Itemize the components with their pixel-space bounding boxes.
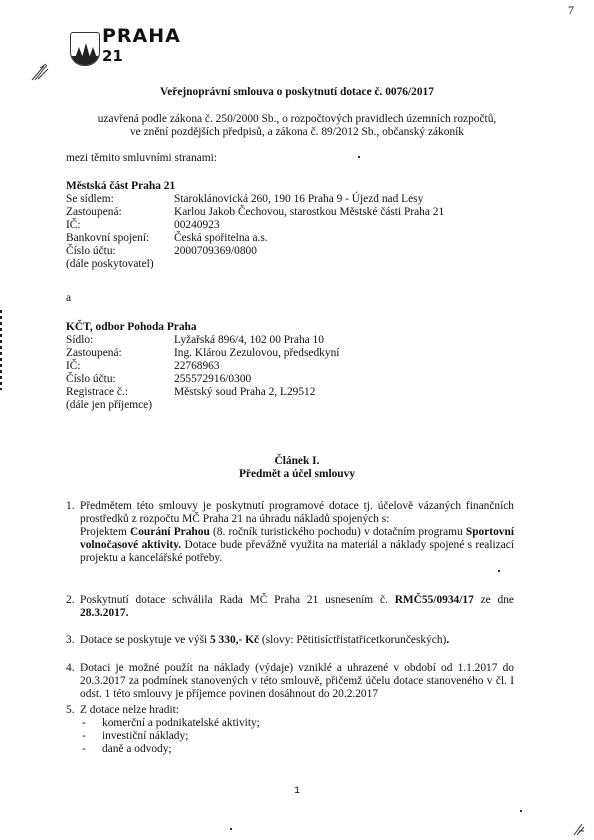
row-value: Ing. Klárou Zezulovou, předsedkyní xyxy=(174,347,339,360)
row-label: Se sídlem: xyxy=(66,193,174,206)
provider-row: Bankovní spojení:Česká spořitelna a.s. xyxy=(66,232,444,245)
logo-word: PRAHA xyxy=(102,30,181,43)
logo-number: 21 xyxy=(102,50,123,63)
scan-edge-artifact xyxy=(0,310,2,390)
row-label: IČ: xyxy=(66,360,174,373)
article-item-5: 5. Z dotace nelze hradit: -komerční a po… xyxy=(66,704,514,756)
item-number: 3. xyxy=(66,634,80,647)
item-text-project: Projektem Courání Prahou (8. ročník turi… xyxy=(80,526,514,565)
row-value: 255572916/0300 xyxy=(174,373,251,386)
article-item-4: 4. Dotaci je možné použít na náklady (vý… xyxy=(66,662,514,701)
row-value: Městský soud Praha 2, L29512 xyxy=(174,386,315,399)
document-subtitle: uzavřená podle zákona č. 250/2000 Sb., o… xyxy=(0,113,594,139)
recipient-row: Sídlo:Lyžařská 896/4, 102 00 Praha 10 xyxy=(66,334,339,347)
bullet-item: -daně a odvody; xyxy=(80,743,514,756)
provider-row: Se sídlem:Staroklánovická 260, 190 16 Pr… xyxy=(66,193,444,206)
article-number: Článek I. xyxy=(0,455,594,468)
item-number: 4. xyxy=(66,662,80,701)
item-text: Dotace se poskytuje ve výši 5 330,- Kč (… xyxy=(80,634,514,647)
bullet-item: -komerční a podnikatelské aktivity; xyxy=(80,717,514,730)
document-title: Veřejnoprávní smlouva o poskytnutí dotac… xyxy=(0,86,594,99)
row-label: Zastoupená: xyxy=(66,206,174,219)
scan-speck xyxy=(498,570,500,572)
item-text: Z dotace nelze hradit: xyxy=(80,704,514,717)
row-value: 00240923 xyxy=(174,219,220,232)
provider-name: Městská část Praha 21 xyxy=(66,180,444,193)
provider-note: (dále poskytovatel) xyxy=(66,258,444,271)
page-marker: 7 xyxy=(568,4,574,17)
recipient-row: Zastoupená:Ing. Klárou Zezulovou, předse… xyxy=(66,347,339,360)
provider-row: Zastoupená:Karlou Jakob Čechovou, staros… xyxy=(66,206,444,219)
handwritten-mark-icon xyxy=(30,60,50,82)
row-value: 2000709369/0800 xyxy=(174,245,257,258)
recipient-row: Registrace č.:Městský soud Praha 2, L295… xyxy=(66,386,339,399)
handwritten-initials-icon xyxy=(573,822,585,836)
article-item-2: 2. Poskytnutí dotace schválila Rada MČ P… xyxy=(66,594,514,620)
provider-block: Městská část Praha 21 Se sídlem:Staroklá… xyxy=(66,180,444,271)
recipient-row: IČ:22768963 xyxy=(66,360,339,373)
provider-row: Číslo účtu:2000709369/0800 xyxy=(66,245,444,258)
item-number: 2. xyxy=(66,594,80,620)
item-text: Předmětem této smlouvy je poskytnutí pro… xyxy=(80,500,514,526)
scan-speck xyxy=(520,810,522,812)
praha-21-logo: PRAHA 21 xyxy=(70,32,180,76)
recipient-name: KČT, odbor Pohoda Praha xyxy=(66,321,339,334)
row-label: Bankovní spojení: xyxy=(66,232,174,245)
row-label: Registrace č.: xyxy=(66,386,174,399)
recipient-note: (dále jen příjemce) xyxy=(66,399,339,412)
row-value: Karlou Jakob Čechovou, starostkou Městsk… xyxy=(174,206,444,219)
scan-speck xyxy=(358,156,360,158)
row-label: Číslo účtu: xyxy=(66,373,174,386)
between-parties: mezi těmito smluvními stranami: xyxy=(66,152,217,165)
recipient-row: Číslo účtu:255572916/0300 xyxy=(66,373,339,386)
subtitle-line-2: ve znění pozdějších předpisů, a zákona č… xyxy=(0,126,594,139)
row-value: Staroklánovická 260, 190 16 Praha 9 - Új… xyxy=(174,193,423,206)
row-value: Lyžařská 896/4, 102 00 Praha 10 xyxy=(174,334,324,347)
subtitle-line-1: uzavřená podle zákona č. 250/2000 Sb., o… xyxy=(0,113,594,126)
row-label: Zastoupená: xyxy=(66,347,174,360)
page-number: 1 xyxy=(0,785,594,798)
item-number: 1. xyxy=(66,500,80,565)
item-text: Poskytnutí dotace schválila Rada MČ Prah… xyxy=(80,594,514,620)
recipient-block: KČT, odbor Pohoda Praha Sídlo:Lyžařská 8… xyxy=(66,321,339,412)
article-heading: Předmět a účel smlouvy xyxy=(0,468,594,481)
bullet-item: -investiční náklady; xyxy=(80,730,514,743)
item-text: Dotaci je možné použít na náklady (výdaj… xyxy=(80,662,514,701)
article-item-1: 1. Předmětem této smlouvy je poskytnutí … xyxy=(66,500,514,565)
article-item-3: 3. Dotace se poskytuje ve výši 5 330,- K… xyxy=(66,634,514,647)
row-label: Sídlo: xyxy=(66,334,174,347)
and-conjunction: a xyxy=(66,292,71,305)
item-number: 5. xyxy=(66,704,80,717)
provider-row: IČ:00240923 xyxy=(66,219,444,232)
row-value: Česká spořitelna a.s. xyxy=(174,232,268,245)
scan-speck xyxy=(230,828,232,830)
row-label: IČ: xyxy=(66,219,174,232)
row-label: Číslo účtu: xyxy=(66,245,174,258)
coat-of-arms-icon xyxy=(70,32,100,66)
row-value: 22768963 xyxy=(174,360,220,373)
